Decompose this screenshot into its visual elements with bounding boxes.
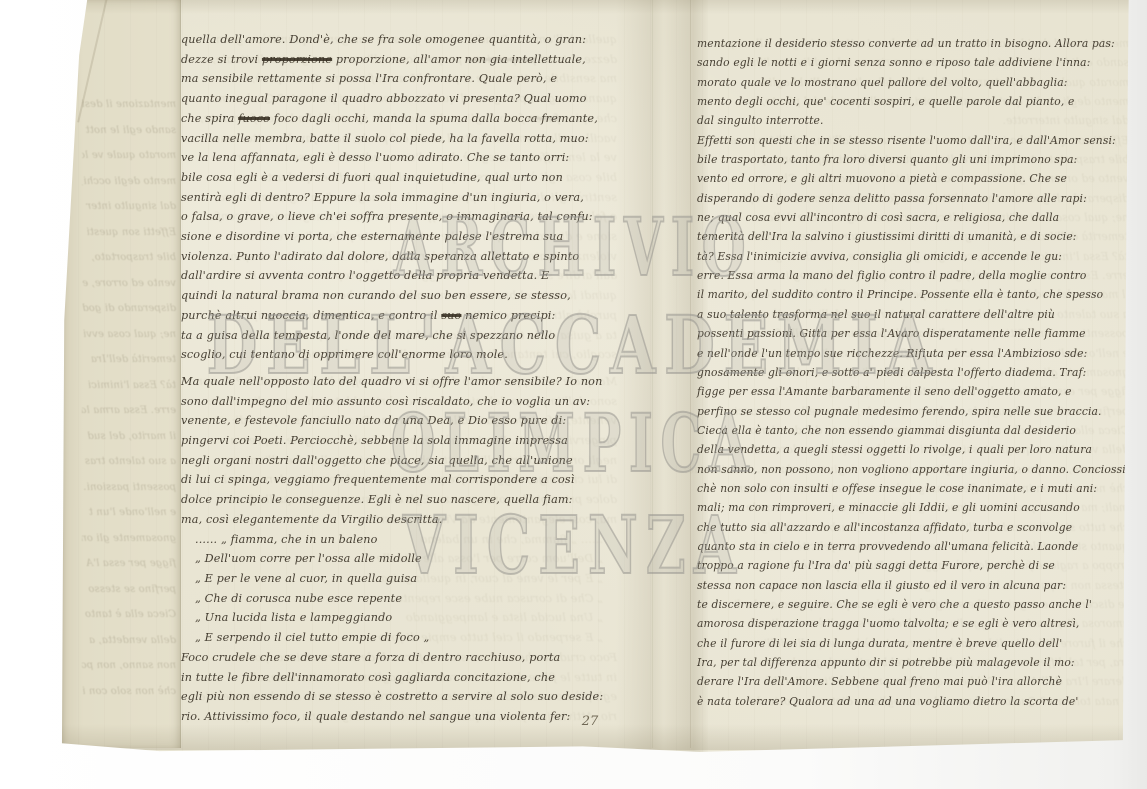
manuscript-line: dal singulto interrotte. (697, 111, 1129, 130)
manuscript-line: troppo a ragione fu l'Ira da' più saggi … (697, 556, 1129, 575)
manuscript-line: figge per essa l'Amante barbaramente il … (697, 382, 1129, 401)
manuscript-line: dezze si trovi proporzione proporzione, … (181, 50, 617, 70)
manuscript-line: mali; ma con rimproveri, e minaccie gli … (697, 498, 1129, 517)
manuscript-line: ...... „ fiamma, che in un baleno (195, 530, 617, 550)
manuscript-line: ve la lena affannata, egli è desso l'uom… (181, 148, 617, 168)
manuscript-line: sione e disordine vi porta, che esternam… (181, 227, 617, 247)
manuscript-line: quindi la natural brama non curando del … (181, 286, 617, 306)
manuscript-line: purchè altrui nuoccia, dimentica, e cont… (181, 306, 617, 326)
manuscript-line: gnosamente gli ono (82, 526, 176, 552)
struck-word: proporzione (262, 53, 332, 66)
manuscript-line: non sanno, non possono, non vogliono app… (697, 460, 1129, 479)
manuscript-line: che spira fuoco foco dagli occhi, manda … (181, 109, 617, 129)
manuscript-line: dal singulto inter (82, 194, 176, 220)
manuscript-line: egli più non essendo di se stesso è cost… (181, 687, 617, 707)
manuscript-line: morato quale ve lo mostrano quel pallore… (697, 73, 1129, 92)
manuscript-line: scoglio, cui tentano di opprimere coll'e… (181, 345, 617, 365)
manuscript-line: di lui ci spinga, veggiamo frequentement… (181, 470, 617, 490)
manuscript-line: violenza. Punto l'adirato dal dolore, da… (181, 247, 617, 267)
manuscript-line: a suo talento trasforma nel suo il natur… (697, 305, 1129, 324)
gutter-fold (616, 0, 708, 789)
manuscript-line: mentazione il desi (82, 92, 176, 118)
manuscript-line: erre. Essa arma la (82, 398, 176, 424)
manuscript-line: te discernere, e seguire. Che se egli è … (697, 595, 1129, 614)
manuscript-line: bile trasportato, (82, 245, 176, 271)
manuscript-line: della vendetta, a (82, 628, 176, 654)
manuscript-line: della vendetta, a quegli stessi oggetti … (697, 440, 1129, 459)
manuscript-line: possenti passioni. Gitta per essa l'Avar… (697, 324, 1129, 343)
manuscript-line: sono dall'impegno del mio assunto così r… (181, 392, 617, 412)
struck-word: fuoco (238, 112, 270, 125)
manuscript-line: ma sensibile rettamente si possa l'Ira c… (181, 69, 617, 89)
manuscript-page-right: mentazione il desiderio stesso converte … (697, 34, 1129, 711)
manuscript-line: venente, e festevole fanciullo nato da u… (181, 411, 617, 431)
manuscript-line: Ira, per tal differenza appunto dir si p… (697, 653, 1129, 672)
manuscript-line: temerità dell'Ira la salvino i giustissi… (697, 227, 1129, 246)
manuscript-line: „ E serpendo il ciel tutto empie di foco… (195, 628, 617, 648)
manuscript-line: disperando di godere senza delitto passa… (697, 189, 1129, 208)
manuscript-line: e nell'onde l'un tempo sue ricchezze. Ri… (697, 344, 1129, 363)
manuscript-line: mento degli occhi, (82, 169, 176, 195)
manuscript-line: perfino se stesso (82, 577, 176, 603)
manuscript-line: quanto sta in cielo e in terra provveden… (697, 537, 1129, 556)
manuscript-line: sentirà egli di dentro? Eppure la sola i… (181, 188, 617, 208)
manuscript-line: quella dell'amore. Dond'è, che se fra so… (181, 30, 617, 50)
manuscript-line: Effetti son questi (82, 220, 176, 246)
page-number: 27 (570, 714, 610, 729)
manuscript-line: che tutto sia all'azzardo e all'incostan… (697, 518, 1129, 537)
manuscript-line: derare l'Ira dell'Amore. Sebbene qual fr… (697, 672, 1129, 691)
manuscript-line: mento degli occhi, que' cocenti sospiri,… (697, 92, 1129, 111)
manuscript-line: „ Una lucida lista e lampeggiando (195, 608, 617, 628)
manuscript-line: rio. Attivissimo foco, il quale destando… (181, 707, 617, 727)
manuscript-line: negli organi nostri dall'oggetto che pia… (181, 451, 617, 471)
manuscript-line: tà? Essa l'inimici (82, 373, 176, 399)
manuscript-line: gnosamente gli onori, e sotto a' piedi c… (697, 363, 1129, 382)
manuscript-line: pingervi coi Poeti. Perciocchè, sebbene … (181, 431, 617, 451)
manuscript-line: bile trasportato, tanto fra loro diversi… (697, 150, 1129, 169)
manuscript-line: ne; qual cosa evvi (82, 322, 176, 348)
manuscript-line: tà? Essa l'inimicizie avviva, consiglia … (697, 247, 1129, 266)
manuscript-line: ne; qual cosa evvi all'incontro di così … (697, 208, 1129, 227)
manuscript-line: vento ed orrore, e (82, 271, 176, 297)
manuscript-line: morato quale ve lo (82, 143, 176, 169)
manuscript-line: temerità dell'Ira (82, 347, 176, 373)
manuscript-line: il marito, del suddito contro il Princip… (697, 285, 1129, 304)
manuscript-line: stessa non capace non lascia ella il giu… (697, 576, 1129, 595)
manuscript-line: dall'ardire si avventa contro l'oggetto … (181, 266, 617, 286)
manuscript-paper: mentazione il desisando egli le nottmora… (0, 0, 1147, 789)
manuscript-page-left: quella dell'amore. Dond'è, che se fra so… (181, 30, 617, 727)
manuscript-line: vacilla nelle membra, batte il suolo col… (181, 129, 617, 149)
manuscript-line: Foco crudele che se deve stare a forza d… (181, 648, 617, 668)
manuscript-line: erre. Essa arma la mano del figlio contr… (697, 266, 1129, 285)
manuscript-line: Cieca ella è tanto, che non essendo giam… (697, 421, 1129, 440)
manuscript-line: che il furore di lei sia di lunga durata… (697, 634, 1129, 653)
manuscript-line: dolce principio le conseguenze. Egli è n… (181, 490, 617, 510)
manuscript-line: quanto inegual paragone il quadro abbozz… (181, 89, 617, 109)
manuscript-line: figge per essa l'A (82, 551, 176, 577)
manuscript-line: è nata tolerare? Qualora ad una ad una v… (697, 692, 1129, 711)
manuscript-line: a suo talento tras (82, 449, 176, 475)
manuscript-line: o falsa, o grave, o lieve ch'ei soffra p… (181, 207, 617, 227)
manuscript-line: disperando di gode (82, 296, 176, 322)
manuscript-line: sando egli le notti e i giorni senza son… (697, 53, 1129, 72)
manuscript-line: il marito, del sud (82, 424, 176, 450)
manuscript-line: e nell'onde l'un t (82, 500, 176, 526)
manuscript-line: bile cosa egli è a vedersi di fuori qual… (181, 168, 617, 188)
manuscript-line: in tutte le fibre dell'innamorato così g… (181, 668, 617, 688)
manuscript-line: sando egli le nott (82, 118, 176, 144)
manuscript-line: „ Dell'uom corre per l'ossa alle midolle (195, 549, 617, 569)
manuscript-line: ma, così elegantemente da Virgilio descr… (181, 510, 617, 530)
manuscript-line: Ma quale nell'opposto lato del quadro vi… (181, 372, 617, 392)
manuscript-line: chè non solo con i (82, 679, 176, 705)
manuscript-line: vento ed orrore, e gli altri muovono a p… (697, 169, 1129, 188)
manuscript-line: Effetti son questi che in se stesso rise… (697, 131, 1129, 150)
paper-top-shadow (60, 0, 1147, 14)
manuscript-line: amorosa disperazione tragga l'uomo talvo… (697, 614, 1129, 633)
manuscript-line: chè non solo con insulti e offese insegu… (697, 479, 1129, 498)
manuscript-line: mentazione il desiderio stesso converte … (697, 34, 1129, 53)
manuscript-line: perfino se stesso col pugnale medesimo f… (697, 402, 1129, 421)
manuscript-line: ta a guisa della tempesta, l'onde del ma… (181, 326, 617, 346)
center-fold-crease (690, 0, 691, 748)
manuscript-line: possenti passioni. (82, 475, 176, 501)
manuscript-line: „ E per le vene al cuor, in quella guisa (195, 569, 617, 589)
manuscript-line: „ Che di corusca nube esce repente (195, 589, 617, 609)
bleedthrough-text: mentazione il desisando egli le nottmora… (82, 92, 176, 707)
center-fold-crease-2 (652, 0, 653, 748)
manuscript-line: Cieca ella è tanto (82, 602, 176, 628)
manuscript-line: non sanno, non pos (82, 653, 176, 679)
struck-word: suo (441, 309, 461, 322)
